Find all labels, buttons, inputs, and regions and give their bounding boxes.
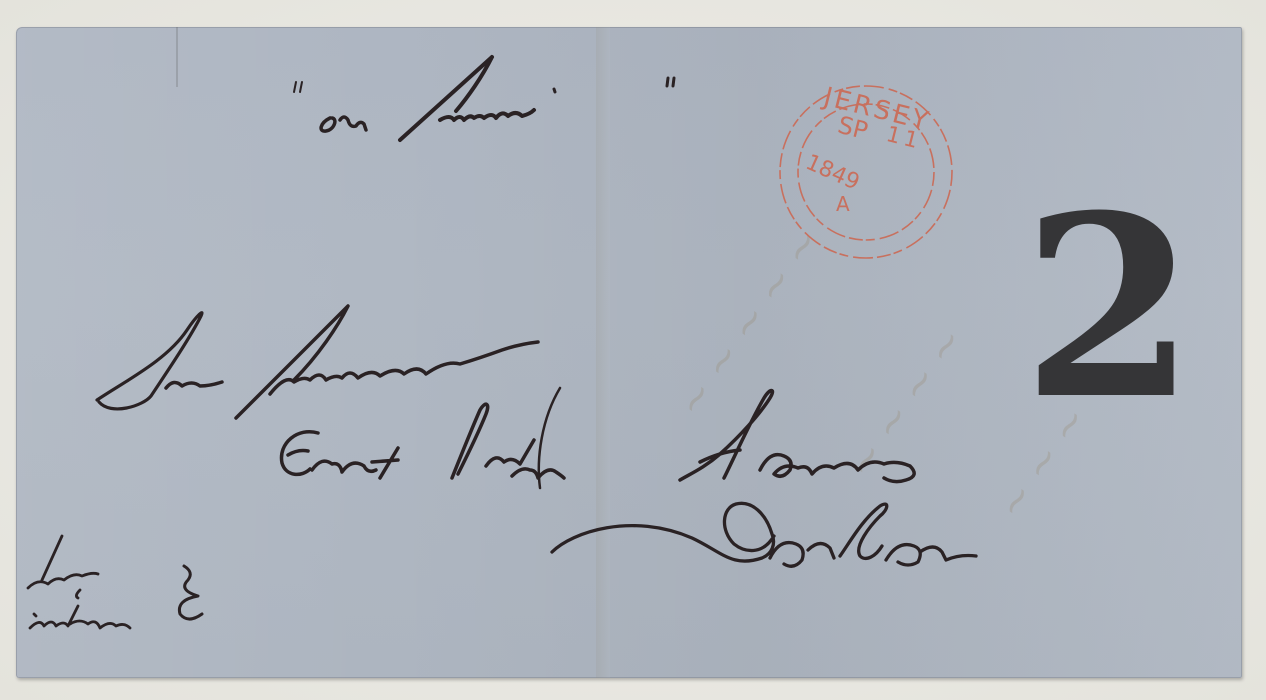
postmark-code: A <box>836 192 850 216</box>
postmark-year: 1849 <box>802 150 863 196</box>
charge-mark: 2 <box>1022 182 1196 432</box>
postmark-text: JERSEY SP 11 1849 A <box>776 80 956 260</box>
postmark-month: SP <box>835 111 871 145</box>
